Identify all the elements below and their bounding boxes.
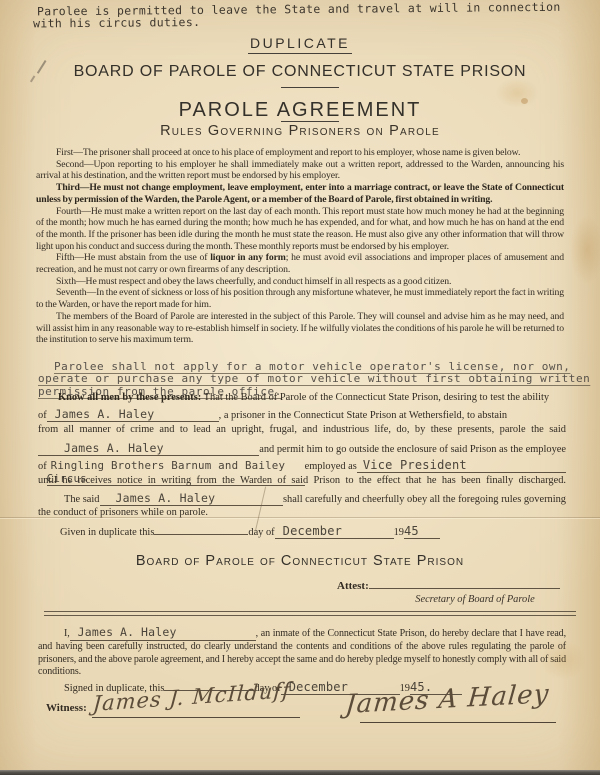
attest-label: Attest: bbox=[337, 580, 369, 592]
name-third-blank: James A. Haley bbox=[100, 491, 283, 506]
typed-prisoner-name: James A. Haley bbox=[47, 407, 155, 421]
typed-annotation: Parolee is permitted to leave the State … bbox=[37, 2, 580, 30]
until-discharged-line: until he receives notice in writing from… bbox=[38, 475, 566, 486]
typed-declaration-name: James A. Haley bbox=[70, 625, 177, 639]
given-date-line: Given in duplicate this day of December … bbox=[60, 524, 440, 539]
paper-stain bbox=[540, 640, 586, 680]
employed-as-label: employed as bbox=[305, 461, 357, 472]
position-blank: Vice President bbox=[357, 458, 566, 473]
prisoner-name-blank: James A. Haley bbox=[47, 407, 219, 422]
year-prefix: 19 bbox=[394, 527, 404, 538]
paper-stain bbox=[521, 98, 528, 104]
attest-signature-blank bbox=[369, 588, 560, 589]
typed-position-title: Vice President bbox=[357, 458, 467, 472]
rule-members: The members of the Board of Parole are i… bbox=[36, 311, 564, 346]
given-label: Given in duplicate this bbox=[60, 527, 154, 538]
duplicate-heading: DUPLICATE bbox=[0, 35, 600, 54]
attest-row: Attest: bbox=[337, 580, 560, 592]
rule-seventh: Seventh—In the event of sickness or loss… bbox=[36, 287, 564, 310]
parolee-signature-line bbox=[360, 722, 556, 723]
rule-fourth: Fourth—He must make a written report on … bbox=[36, 206, 564, 253]
heading-underline bbox=[281, 121, 339, 122]
month-blank: December bbox=[275, 524, 394, 539]
overlay-line-2: operate or purchase any type of motor ve… bbox=[38, 373, 580, 385]
year-blank: 45 bbox=[404, 524, 440, 539]
rule-third: Third—He must not change employment, lea… bbox=[36, 182, 564, 205]
horizontal-crease bbox=[0, 517, 600, 518]
typed-month: December bbox=[275, 524, 342, 538]
section-divider bbox=[44, 611, 576, 616]
rule-sixth: Sixth—He must respect and obey the laws … bbox=[36, 276, 564, 288]
witness-signature-line bbox=[92, 717, 300, 718]
duplicate-label: DUPLICATE bbox=[248, 35, 352, 54]
typed-name-repeat: James A. Haley bbox=[38, 441, 164, 455]
rule-fifth: Fifth—He must abstain from the use of li… bbox=[36, 252, 564, 275]
board-heading-2: Board of Parole of Connecticut State Pri… bbox=[0, 553, 600, 569]
scan-edge-shadow bbox=[0, 770, 600, 775]
parole-agreement-document: Parolee is permitted to leave the State … bbox=[0, 0, 600, 775]
paper-stain bbox=[570, 215, 600, 285]
rules-body: First—The prisoner shall proceed at once… bbox=[36, 147, 564, 346]
given-day-blank bbox=[154, 534, 248, 535]
rule-first: First—The prisoner shall proceed at once… bbox=[36, 147, 564, 159]
obey-text: shall carefully and cheerfully obey all … bbox=[283, 494, 566, 505]
heading-underline bbox=[281, 87, 339, 88]
witness-label: Witness: bbox=[46, 702, 87, 714]
paper-stain bbox=[495, 78, 539, 108]
the-said-line: The said James A. Haley shall carefully … bbox=[38, 491, 566, 506]
know-all-men-label: Know all men by these presents: bbox=[58, 392, 201, 403]
day-of-label: day of bbox=[248, 527, 274, 538]
of-label-2: of bbox=[38, 461, 47, 472]
prisoner-name-line: of James A. Haley , a prisoner in the Co… bbox=[38, 407, 566, 422]
typed-year: 45 bbox=[404, 524, 419, 538]
of-label: of bbox=[38, 410, 47, 421]
know-all-men-rest: That the Board of Parole of the Connecti… bbox=[201, 392, 549, 403]
parole-said-line: James A. Haley and permit him to go outs… bbox=[38, 441, 566, 456]
know-all-men-line: Know all men by these presents: That the… bbox=[38, 392, 566, 403]
crime-line: from all manner of crime and to lead an … bbox=[38, 424, 566, 435]
declaration-name-blank: James A. Haley bbox=[70, 626, 256, 641]
the-said-label: The said bbox=[64, 494, 100, 505]
name-repeat-blank: James A. Haley bbox=[38, 441, 259, 456]
permit-text: and permit him to go outside the enclosu… bbox=[259, 444, 566, 455]
declaration-paragraph: I,James A. Haley, an inmate of the Conne… bbox=[38, 626, 566, 679]
after-name-text: , a prisoner in the Connecticut State Pr… bbox=[219, 410, 507, 421]
typed-name-third: James A. Haley bbox=[100, 491, 216, 505]
secretary-caption: Secretary of Board of Parole bbox=[400, 594, 550, 605]
rule-second: Second—Upon reporting to his employer he… bbox=[36, 159, 564, 182]
rules-title: Rules Governing Prisoners on Parole bbox=[0, 123, 600, 139]
